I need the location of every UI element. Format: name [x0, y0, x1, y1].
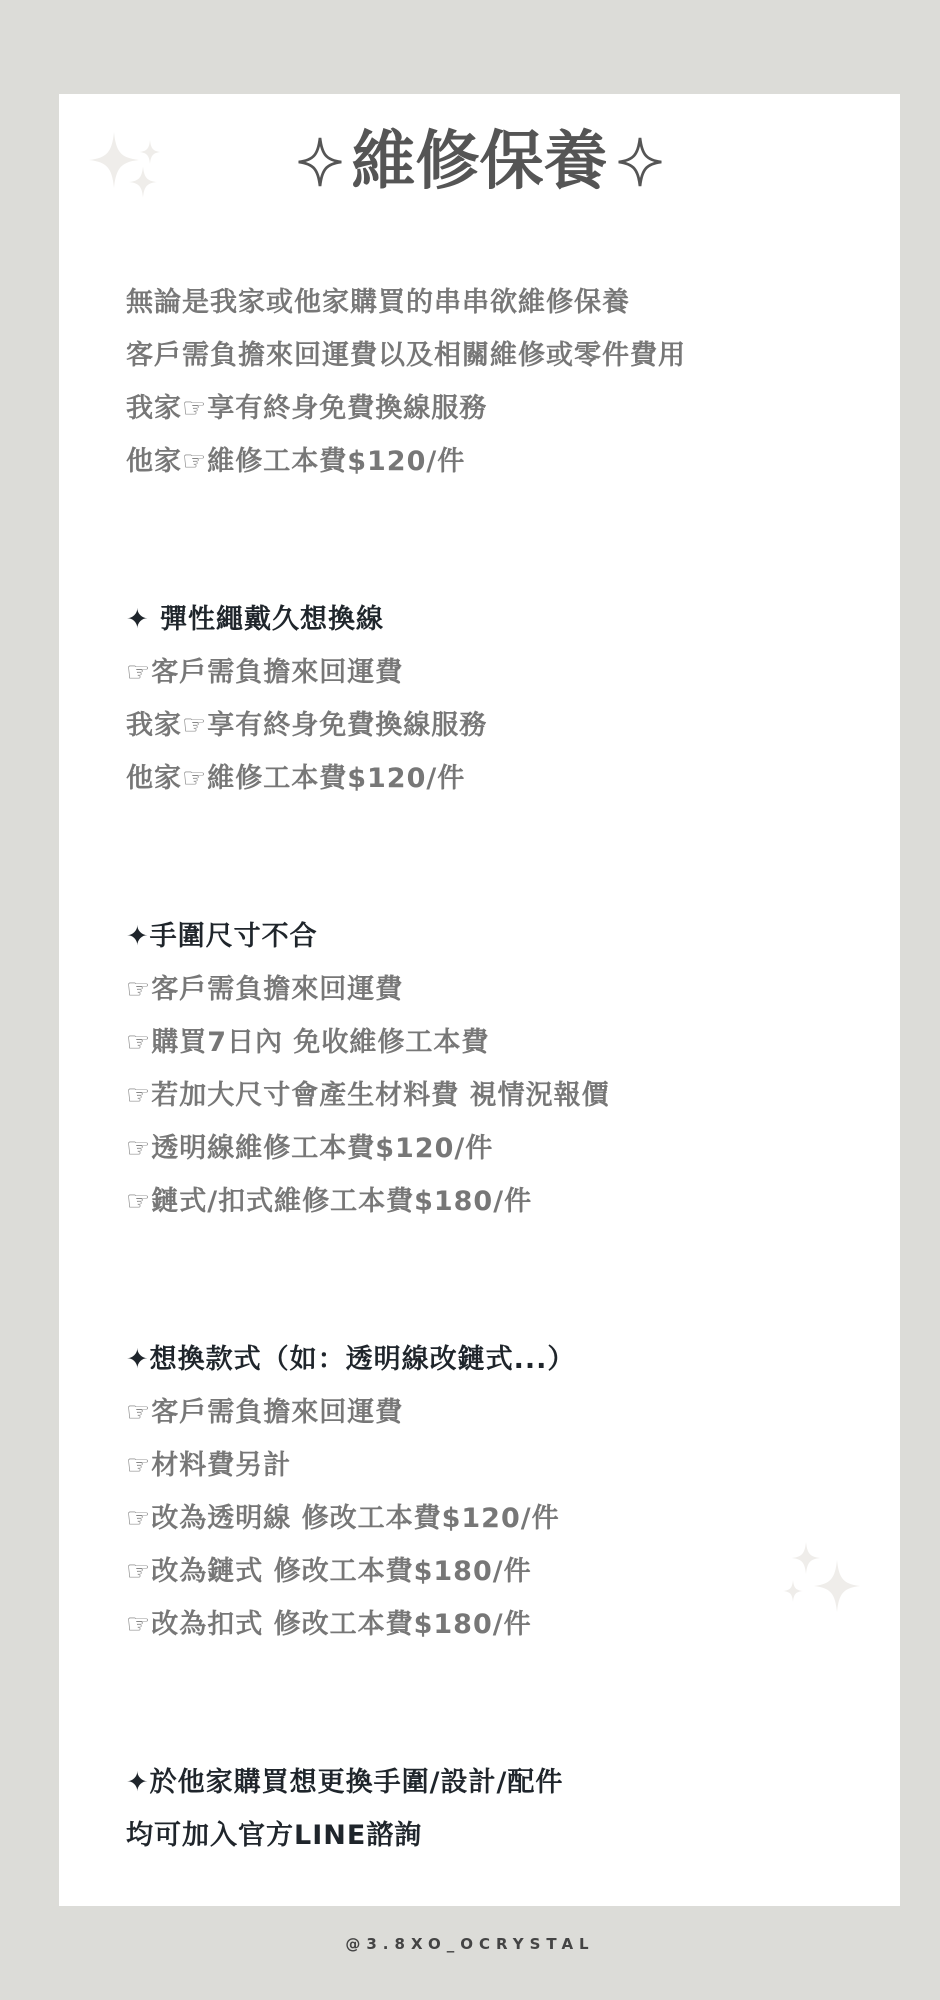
section-change-style: ✦想換款式（如：透明線改鏈式...） ☞客戶需負擔來回運費 ☞材料費另計 ☞改為…: [126, 1333, 860, 1651]
section-item: ☞客戶需負擔來回運費: [126, 1386, 860, 1439]
intro-line: 客戶需負擔來回運費以及相關維修或零件費用: [126, 329, 860, 382]
section-item: ☞鏈式/扣式維修工本費$180/件: [126, 1175, 860, 1228]
section-heading: ✦想換款式（如：透明線改鏈式...）: [126, 1333, 860, 1386]
section-other-store: ✦於他家購買想更換手圍/設計/配件 均可加入官方LINE諮詢: [126, 1756, 860, 1862]
intro-block: 無論是我家或他家購買的串串欲維修保養 客戶需負擔來回運費以及相關維修或零件費用 …: [126, 276, 860, 488]
section-item: 他家☞維修工本費$120/件: [126, 752, 860, 805]
page-title: 維修保養: [59, 130, 900, 194]
four-point-star-outline-icon: [296, 136, 344, 188]
section-item: 我家☞享有終身免費換線服務: [126, 699, 860, 752]
section-item: ☞若加大尺寸會產生材料費 視情況報價: [126, 1069, 860, 1122]
four-point-star-outline-icon: [616, 136, 664, 188]
content-body: 無論是我家或他家購買的串串欲維修保養 客戶需負擔來回運費以及相關維修或零件費用 …: [126, 276, 860, 1862]
section-heading: ✦手圍尺寸不合: [126, 910, 860, 963]
section-wrist-size: ✦手圍尺寸不合 ☞客戶需負擔來回運費 ☞購買7日內 免收維修工本費 ☞若加大尺寸…: [126, 910, 860, 1228]
section-rewire: ✦ 彈性繩戴久想換線 ☞客戶需負擔來回運費 我家☞享有終身免費換線服務 他家☞維…: [126, 593, 860, 805]
section-heading: ✦於他家購買想更換手圍/設計/配件: [126, 1756, 860, 1809]
line-contact-note: 均可加入官方LINE諮詢: [126, 1809, 860, 1862]
section-item: ☞改為鏈式 修改工本費$180/件: [126, 1545, 860, 1598]
section-item: ☞材料費另計: [126, 1439, 860, 1492]
info-card: 維修保養 無論是我家或他家購買的串串欲維修保養 客戶需負擔來回運費以及相關維修或…: [59, 94, 900, 1906]
title-text: 維修保養: [352, 130, 608, 194]
section-item: ☞購買7日內 免收維修工本費: [126, 1016, 860, 1069]
section-item: ☞改為扣式 修改工本費$180/件: [126, 1598, 860, 1651]
intro-line: 我家☞享有終身免費換線服務: [126, 382, 860, 435]
section-item: ☞客戶需負擔來回運費: [126, 963, 860, 1016]
intro-line: 他家☞維修工本費$120/件: [126, 435, 860, 488]
section-item: ☞改為透明線 修改工本費$120/件: [126, 1492, 860, 1545]
intro-line: 無論是我家或他家購買的串串欲維修保養: [126, 276, 860, 329]
footer-handle: @3.8XO_OCRYSTAL: [0, 1935, 940, 1953]
section-item: ☞客戶需負擔來回運費: [126, 646, 860, 699]
section-heading: ✦ 彈性繩戴久想換線: [126, 593, 860, 646]
section-item: ☞透明線維修工本費$120/件: [126, 1122, 860, 1175]
